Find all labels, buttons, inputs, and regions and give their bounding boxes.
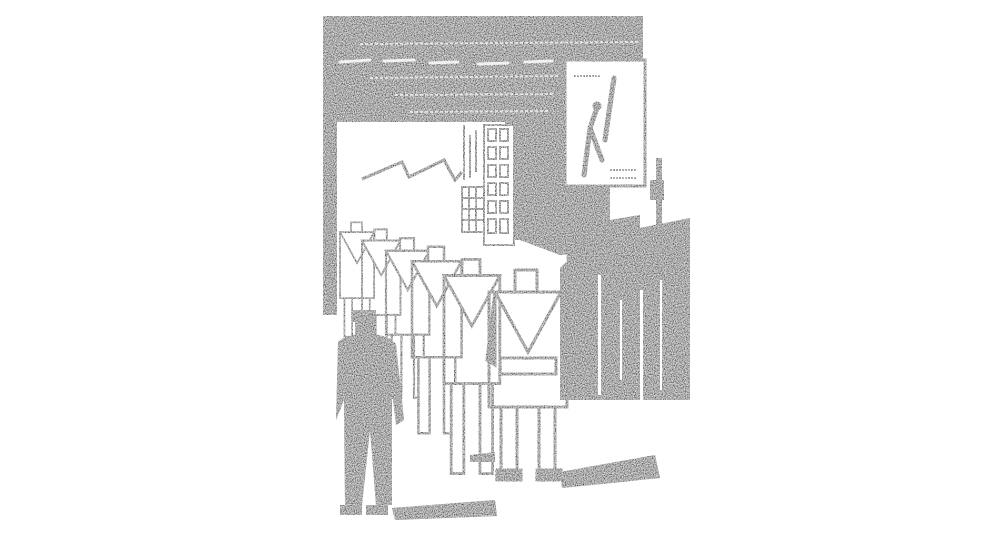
robot: [487, 270, 567, 480]
zigzag: [362, 160, 462, 180]
building: [462, 125, 514, 245]
woodcut-illustration: [0, 0, 991, 539]
shadows: [392, 452, 660, 520]
